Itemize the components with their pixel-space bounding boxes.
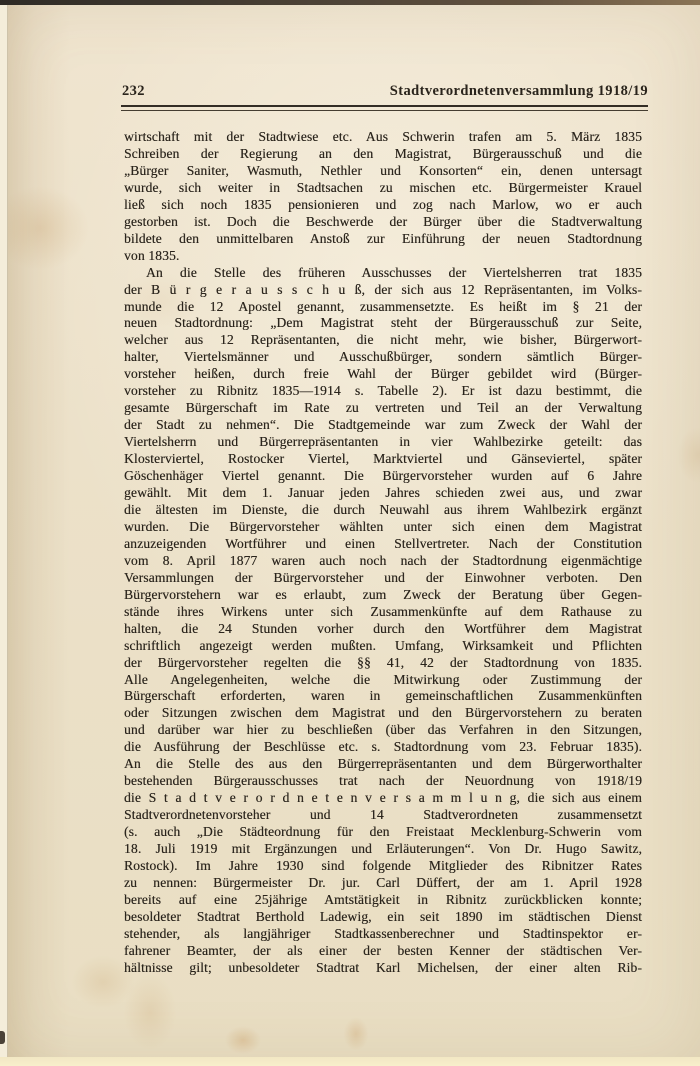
text-line: wurden. Die Bürgervorsteher wählten unte… <box>124 519 642 536</box>
scanned-book-page: 232 Stadtverordnetenversammlung 1918/19 … <box>0 0 700 1066</box>
text-line: der B ü r g e r a u s s c h u ß, der sic… <box>124 282 642 299</box>
text-line: die Ausführung der Beschlüsse etc. s. St… <box>124 739 642 756</box>
page-body: wirtschaft mit der Stadtwiese etc. Aus S… <box>124 129 642 977</box>
text-line: Versammlungen der Bürgervorsteher und de… <box>124 570 642 587</box>
text-line: Rostock). Im Jahre 1930 sind folgende Mi… <box>124 858 642 875</box>
text-line: halter, Viertelsmänner und Ausschußbürge… <box>124 349 642 366</box>
text-line: bereits auf eine 25jährige Amtstätigkeit… <box>124 892 642 909</box>
text-line: stehender, als langjähriger Stadtkassenb… <box>124 926 642 943</box>
text-line: Bürgerschaft erforderten, waren in gemei… <box>124 688 642 705</box>
text-line: stände ihres Wirkens unter sich Zusammen… <box>124 604 642 621</box>
page-left-edge <box>0 5 8 1057</box>
text-line: 18. Juli 1919 mit Ergänzungen und Erläut… <box>124 841 642 858</box>
text-line: An die Stelle des früheren Ausschusses d… <box>124 265 642 282</box>
text-line: Klosterviertel, Rostocker Viertel, Markt… <box>124 451 642 468</box>
text-line: und darüber war hier zu beschließen (übe… <box>124 722 642 739</box>
text-line: wirtschaft mit der Stadtwiese etc. Aus S… <box>124 129 642 146</box>
text-line: Göschenhäger Viertel genannt. Die Bürger… <box>124 468 642 485</box>
text-line: (s. auch „Die Städteordnung für den Frei… <box>124 824 642 841</box>
text-line: An die Stelle des aus den Bürgerrepräsen… <box>124 756 642 773</box>
text-line: vom 8. April 1877 waren auch noch nach d… <box>124 553 642 570</box>
text-line: von 1835. <box>124 248 642 265</box>
paragraph: An die Stelle des früheren Ausschusses d… <box>124 265 642 977</box>
text-line: neuen Stadtordnung: „Dem Magistrat steht… <box>124 315 642 332</box>
text-line: der Bürgervorsteher regelten die §§ 41, … <box>124 655 642 672</box>
text-line: zu nennen: Bürgermeister Dr. jur. Carl D… <box>124 875 642 892</box>
text-line: die S t a d t v e r o r d n e t e n v e … <box>124 790 642 807</box>
text-line: Alle Angelegenheiten, welche die Mitwirk… <box>124 672 642 689</box>
text-line: gesamte Bürgerschaft im Rate zu vertrete… <box>124 400 642 417</box>
text-line: munde die 12 Apostel genannt, zusammense… <box>124 299 642 316</box>
text-line: wurde, sich weiter in Stadtsachen zu mis… <box>124 180 642 197</box>
text-line: schriftlich angezeigt werden mußten. Umf… <box>124 638 642 655</box>
paragraph: wirtschaft mit der Stadtwiese etc. Aus S… <box>124 129 642 265</box>
scan-bottom-edge <box>0 1057 700 1066</box>
text-line: vorsteher zu Ribnitz 1835—1914 s. Tabell… <box>124 383 642 400</box>
text-line: bestehenden Bürgerausschusses trat nach … <box>124 773 642 790</box>
text-line: der Stadt zu nehmen“. Die Stadtgemeinde … <box>124 417 642 434</box>
text-line: ließ sich noch 1835 pensionieren und zog… <box>124 197 642 214</box>
page-number: 232 <box>122 84 145 99</box>
text-line: Bürgervorstehern war es erlaubt, zum Zwe… <box>124 587 642 604</box>
text-line: gestorben ist. Doch die Beschwerde der B… <box>124 214 642 231</box>
text-line: Schreiben der Regierung an den Magistrat… <box>124 146 642 163</box>
text-line: vorsteher heißen, durch freie Wahl der B… <box>124 366 642 383</box>
text-line: welcher aus 12 Repräsentanten, die nicht… <box>124 332 642 349</box>
header-double-rule <box>121 105 648 111</box>
text-line: besoldeter Stadtrat Berthold Ladewig, ei… <box>124 909 642 926</box>
text-line: fahrener Beamter, der als einer der best… <box>124 943 642 960</box>
running-head: 232 Stadtverordnetenversammlung 1918/19 <box>122 84 648 99</box>
text-line: Viertelsherrn und Bürgerrepräsentanten i… <box>124 434 642 451</box>
text-line: hältnisse gilt; unbesoldeter Stadtrat Ka… <box>124 960 642 977</box>
text-line: „Bürger Saniter, Wasmuth, Nethler und Ko… <box>124 163 642 180</box>
scan-top-edge <box>0 0 700 5</box>
text-line: oder Sitzungen zwischen dem Magistrat un… <box>124 705 642 722</box>
text-line: bildete den unmittelbaren Anstoß zur Ein… <box>124 231 642 248</box>
running-title: Stadtverordnetenversammlung 1918/19 <box>390 84 648 99</box>
text-line: halten, die 24 Stunden vorher durch den … <box>124 621 642 638</box>
text-line: anzuzeigenden Wortführer und einen Stell… <box>124 536 642 553</box>
text-line: die ältesten im Dienste, die durch Neuwa… <box>124 502 642 519</box>
text-line: Stadtverordnetenvorsteher und 14 Stadtve… <box>124 807 642 824</box>
text-line: gewählt. Mit dem 1. Januar jeden Jahres … <box>124 485 642 502</box>
scan-edge-mark <box>0 1031 5 1044</box>
